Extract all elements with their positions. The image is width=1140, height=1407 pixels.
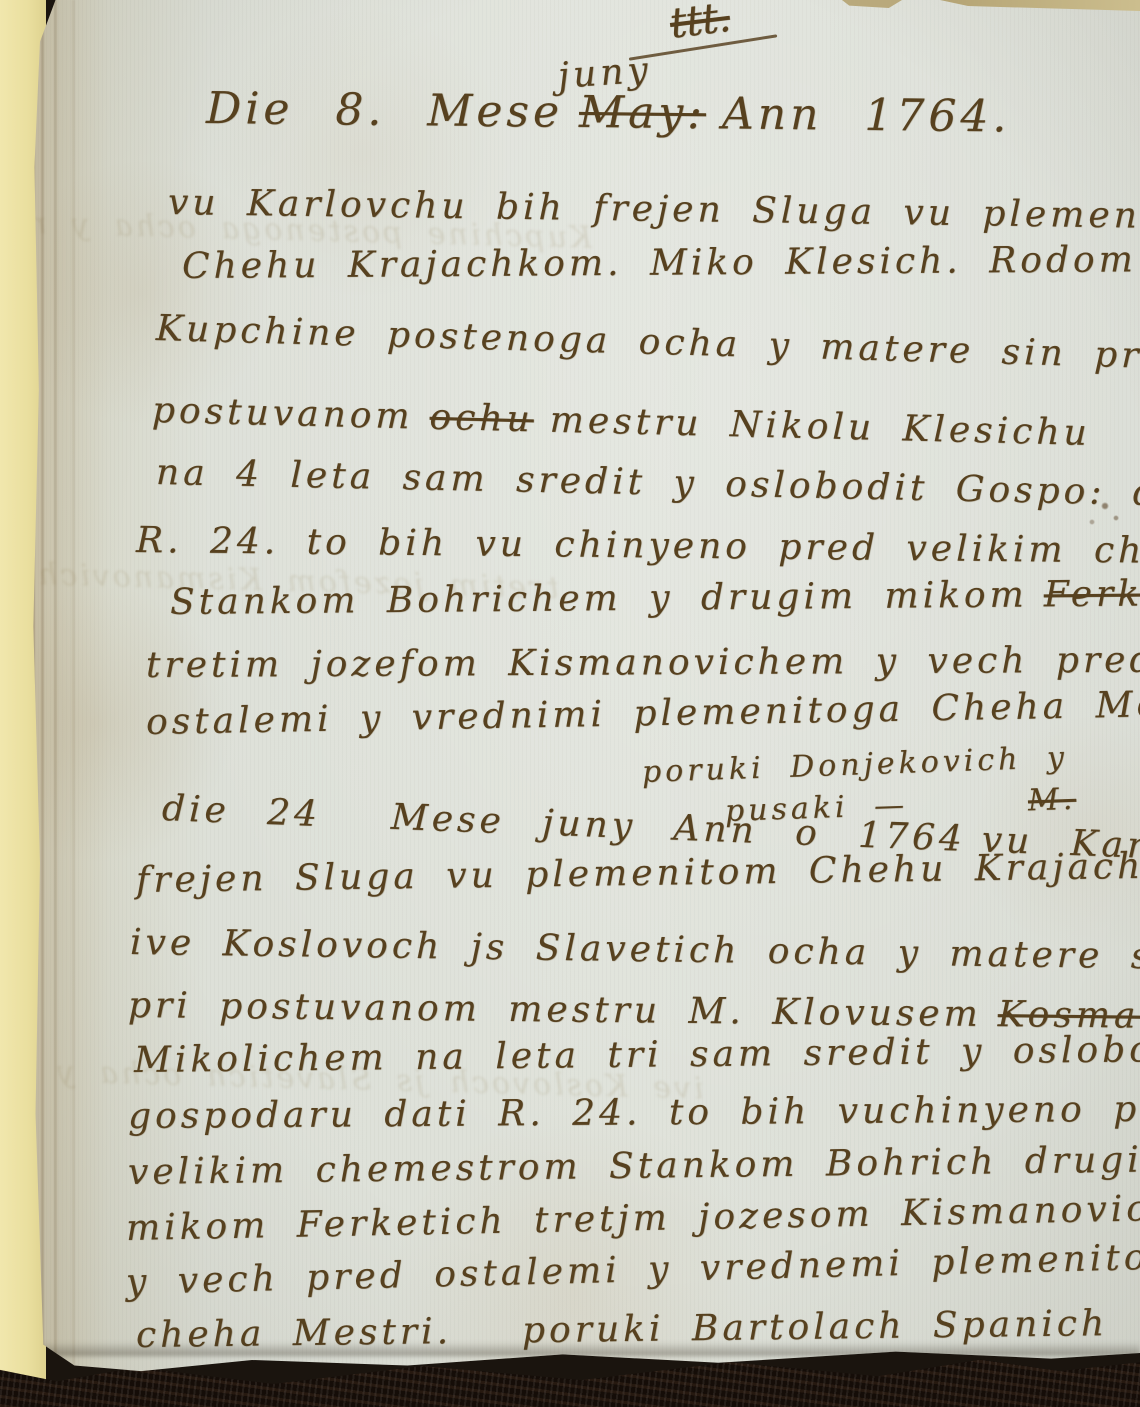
- manuscript-photo: { "page": { "colors": { "ink": "#57411f"…: [0, 0, 1140, 1407]
- manuscript-line: Mikolichem na leta tri sam sredit y oslo…: [134, 1029, 1140, 1082]
- manuscript-line: postuvanomochumestru Nikolu Klesichu: [151, 390, 1091, 454]
- line-segment: pri postuvanom mestru M. Klovusem: [128, 985, 982, 1035]
- manuscript-line: gospodaru dati R. 24. to bih vuchinyeno …: [128, 1088, 1140, 1137]
- manuscript-line: tretim jozefom Kismanovichem y vech pred: [146, 640, 1140, 687]
- struck-word: Ferketichie: [1044, 572, 1140, 615]
- manuscript-line: pri postuvanom mestru M. KlovusemKosmano: [128, 985, 1140, 1038]
- date-heading: Die 8. MeseMay:Ann 1764.: [206, 84, 1011, 143]
- manuscript-page: Kupchine postenoga ocha y matere sin pri…: [30, 0, 1140, 1392]
- date-struck-month: May:: [579, 87, 706, 139]
- manuscript-line: Kupchine postenoga ocha y matere sin pri: [155, 308, 1140, 377]
- manuscript-line: frejen Sluga vu plemenitom Chehu Krajach…: [136, 844, 1140, 901]
- date-year: Ann 1764.: [722, 88, 1011, 142]
- manuscript-line: Chehu Krajachkom. Miko Klesich. Rodom is: [182, 239, 1140, 288]
- manuscript-line: velikim chemestrom Stankom Bohrich drugi…: [128, 1139, 1140, 1193]
- line-segment: die 24: [161, 788, 322, 835]
- tally-mark: ttt.: [667, 0, 732, 48]
- line-segment: mestru Nikolu Klesichu: [549, 400, 1091, 454]
- manuscript-line-sureties: poruki Donjekovich y: [641, 741, 1068, 790]
- line-segment: postuvanom: [152, 390, 415, 437]
- manuscript-line: ive Koslovoch js Slavetich ocha y matere…: [130, 922, 1140, 978]
- manuscript-line: ostalemi y vrednimi plemenitoga Cheha Me…: [146, 683, 1140, 743]
- date-pre: Die 8. Mese: [206, 83, 564, 138]
- struck-word: M.: [1027, 782, 1076, 819]
- line-segment: Stankom Bohrichem y drugim mikom: [170, 575, 1028, 623]
- struck-word: ochu: [429, 397, 534, 441]
- page-bottom-shadow: [30, 1342, 1140, 1356]
- manuscript-line: Stankom Bohrichem y drugim mikomFerketic…: [170, 572, 1140, 623]
- manuscript-line: na 4 leta sam sredit y oslobodit Gospo: …: [156, 452, 1140, 516]
